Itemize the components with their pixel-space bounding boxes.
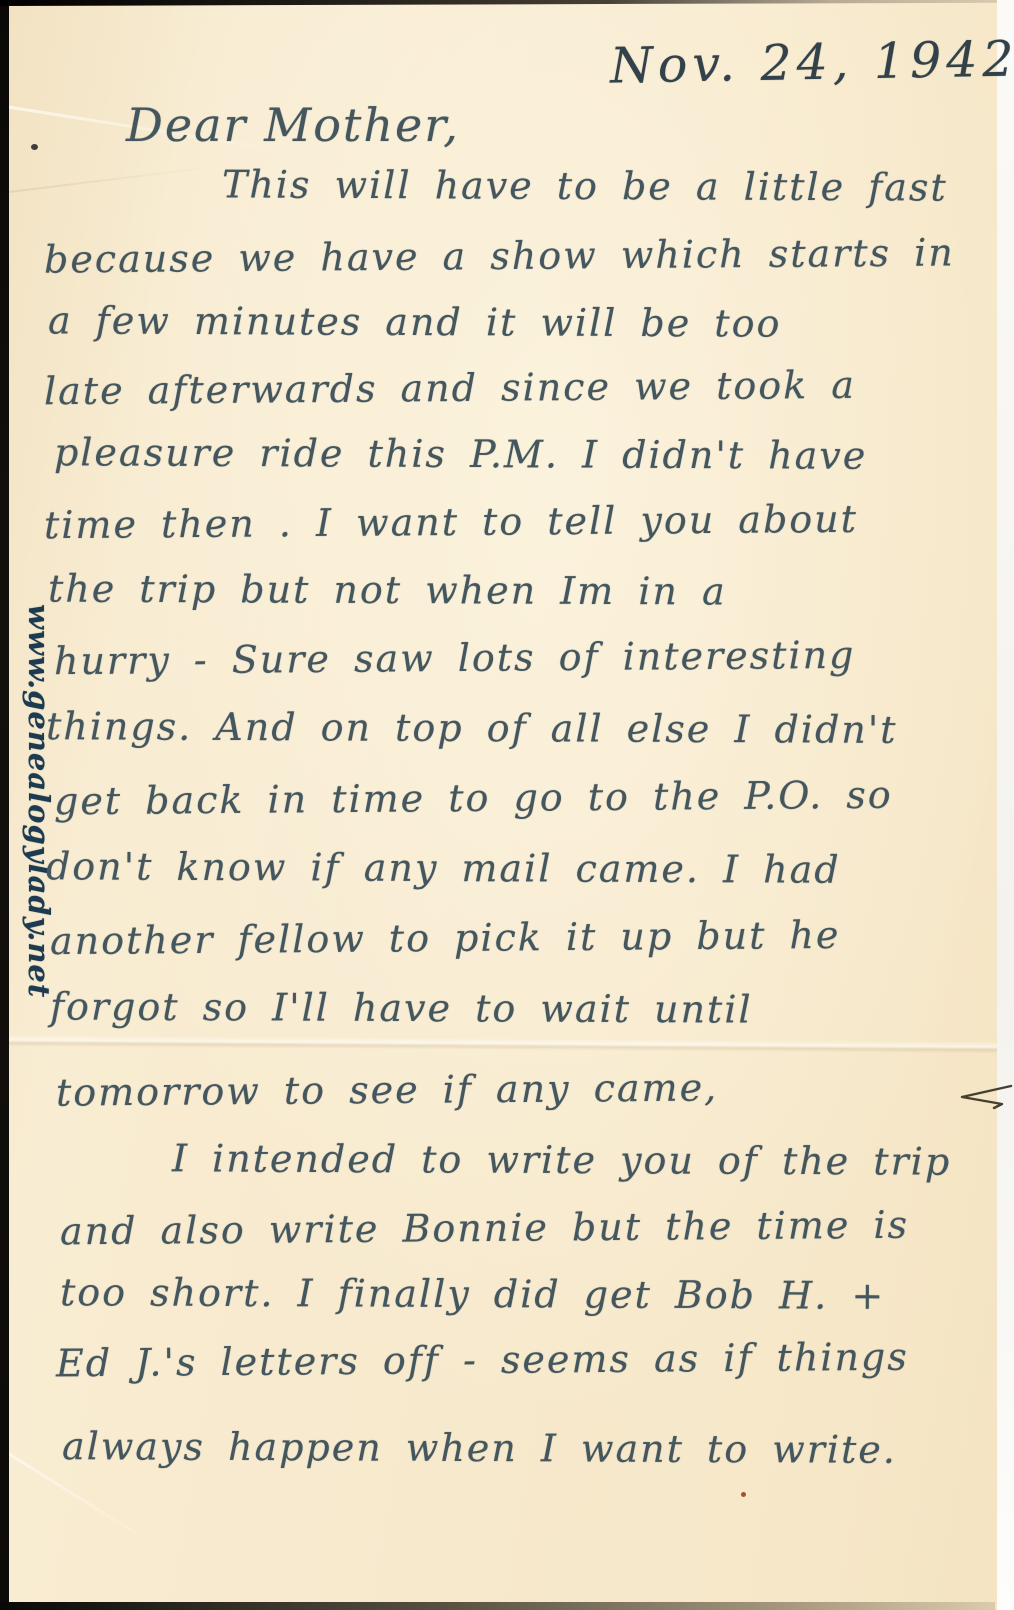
handwritten-line: I intended to write you of the trip bbox=[172, 1136, 951, 1183]
handwritten-line: a few minutes and it will be too bbox=[48, 298, 782, 345]
handwritten-line: always happen when I want to write. bbox=[62, 1424, 897, 1472]
paper-speck bbox=[741, 1492, 746, 1497]
ink-speck bbox=[31, 144, 38, 150]
letter-salutation: Dear Mother, bbox=[126, 98, 460, 152]
handwritten-line: This will have to be a little fast bbox=[222, 162, 948, 209]
handwritten-line: things. And on top of all else I didn't bbox=[46, 704, 898, 752]
handwritten-line: and also write Bonnie but the time is bbox=[60, 1203, 909, 1254]
scanned-letter-page: www.genealogylady.net Nov. 24, 1942 Dear… bbox=[0, 0, 1014, 1610]
handwritten-line: pleasure ride this P.M. I didn't have bbox=[54, 430, 867, 478]
fold-crease-middle bbox=[0, 1035, 1000, 1054]
scan-border-bottom bbox=[0, 1602, 995, 1610]
crease-top-left-2 bbox=[1, 164, 230, 194]
handwritten-line: hurry - Sure saw lots of interesting bbox=[54, 633, 856, 683]
handwritten-line: the trip but not when Im in a bbox=[48, 567, 727, 614]
letter-date: Nov. 24, 1942 bbox=[610, 30, 1014, 94]
scan-border-top bbox=[0, 0, 1014, 6]
handwritten-line: another fellow to pick it up but he bbox=[50, 913, 841, 963]
pen-mark-arrow bbox=[954, 1080, 1014, 1112]
handwritten-line: late afterwards and since we took a bbox=[44, 363, 856, 413]
handwritten-line: time then . I want to tell you about bbox=[44, 497, 858, 547]
handwritten-line: get back in time to go to the P.O. so bbox=[54, 773, 893, 824]
handwritten-line: Ed J.'s letters off - seems as if things bbox=[56, 1335, 909, 1386]
handwritten-line: because we have a show which starts in bbox=[44, 230, 955, 281]
handwritten-line: too short. I finally did get Bob H. + bbox=[60, 1270, 885, 1318]
scan-border-left bbox=[0, 0, 9, 1610]
scan-border-right bbox=[997, 0, 1014, 1610]
handwritten-line: tomorrow to see if any came, bbox=[56, 1065, 718, 1114]
handwritten-line: don't know if any mail came. I had bbox=[46, 844, 841, 891]
handwritten-line: forgot so I'll have to wait until bbox=[50, 984, 753, 1031]
